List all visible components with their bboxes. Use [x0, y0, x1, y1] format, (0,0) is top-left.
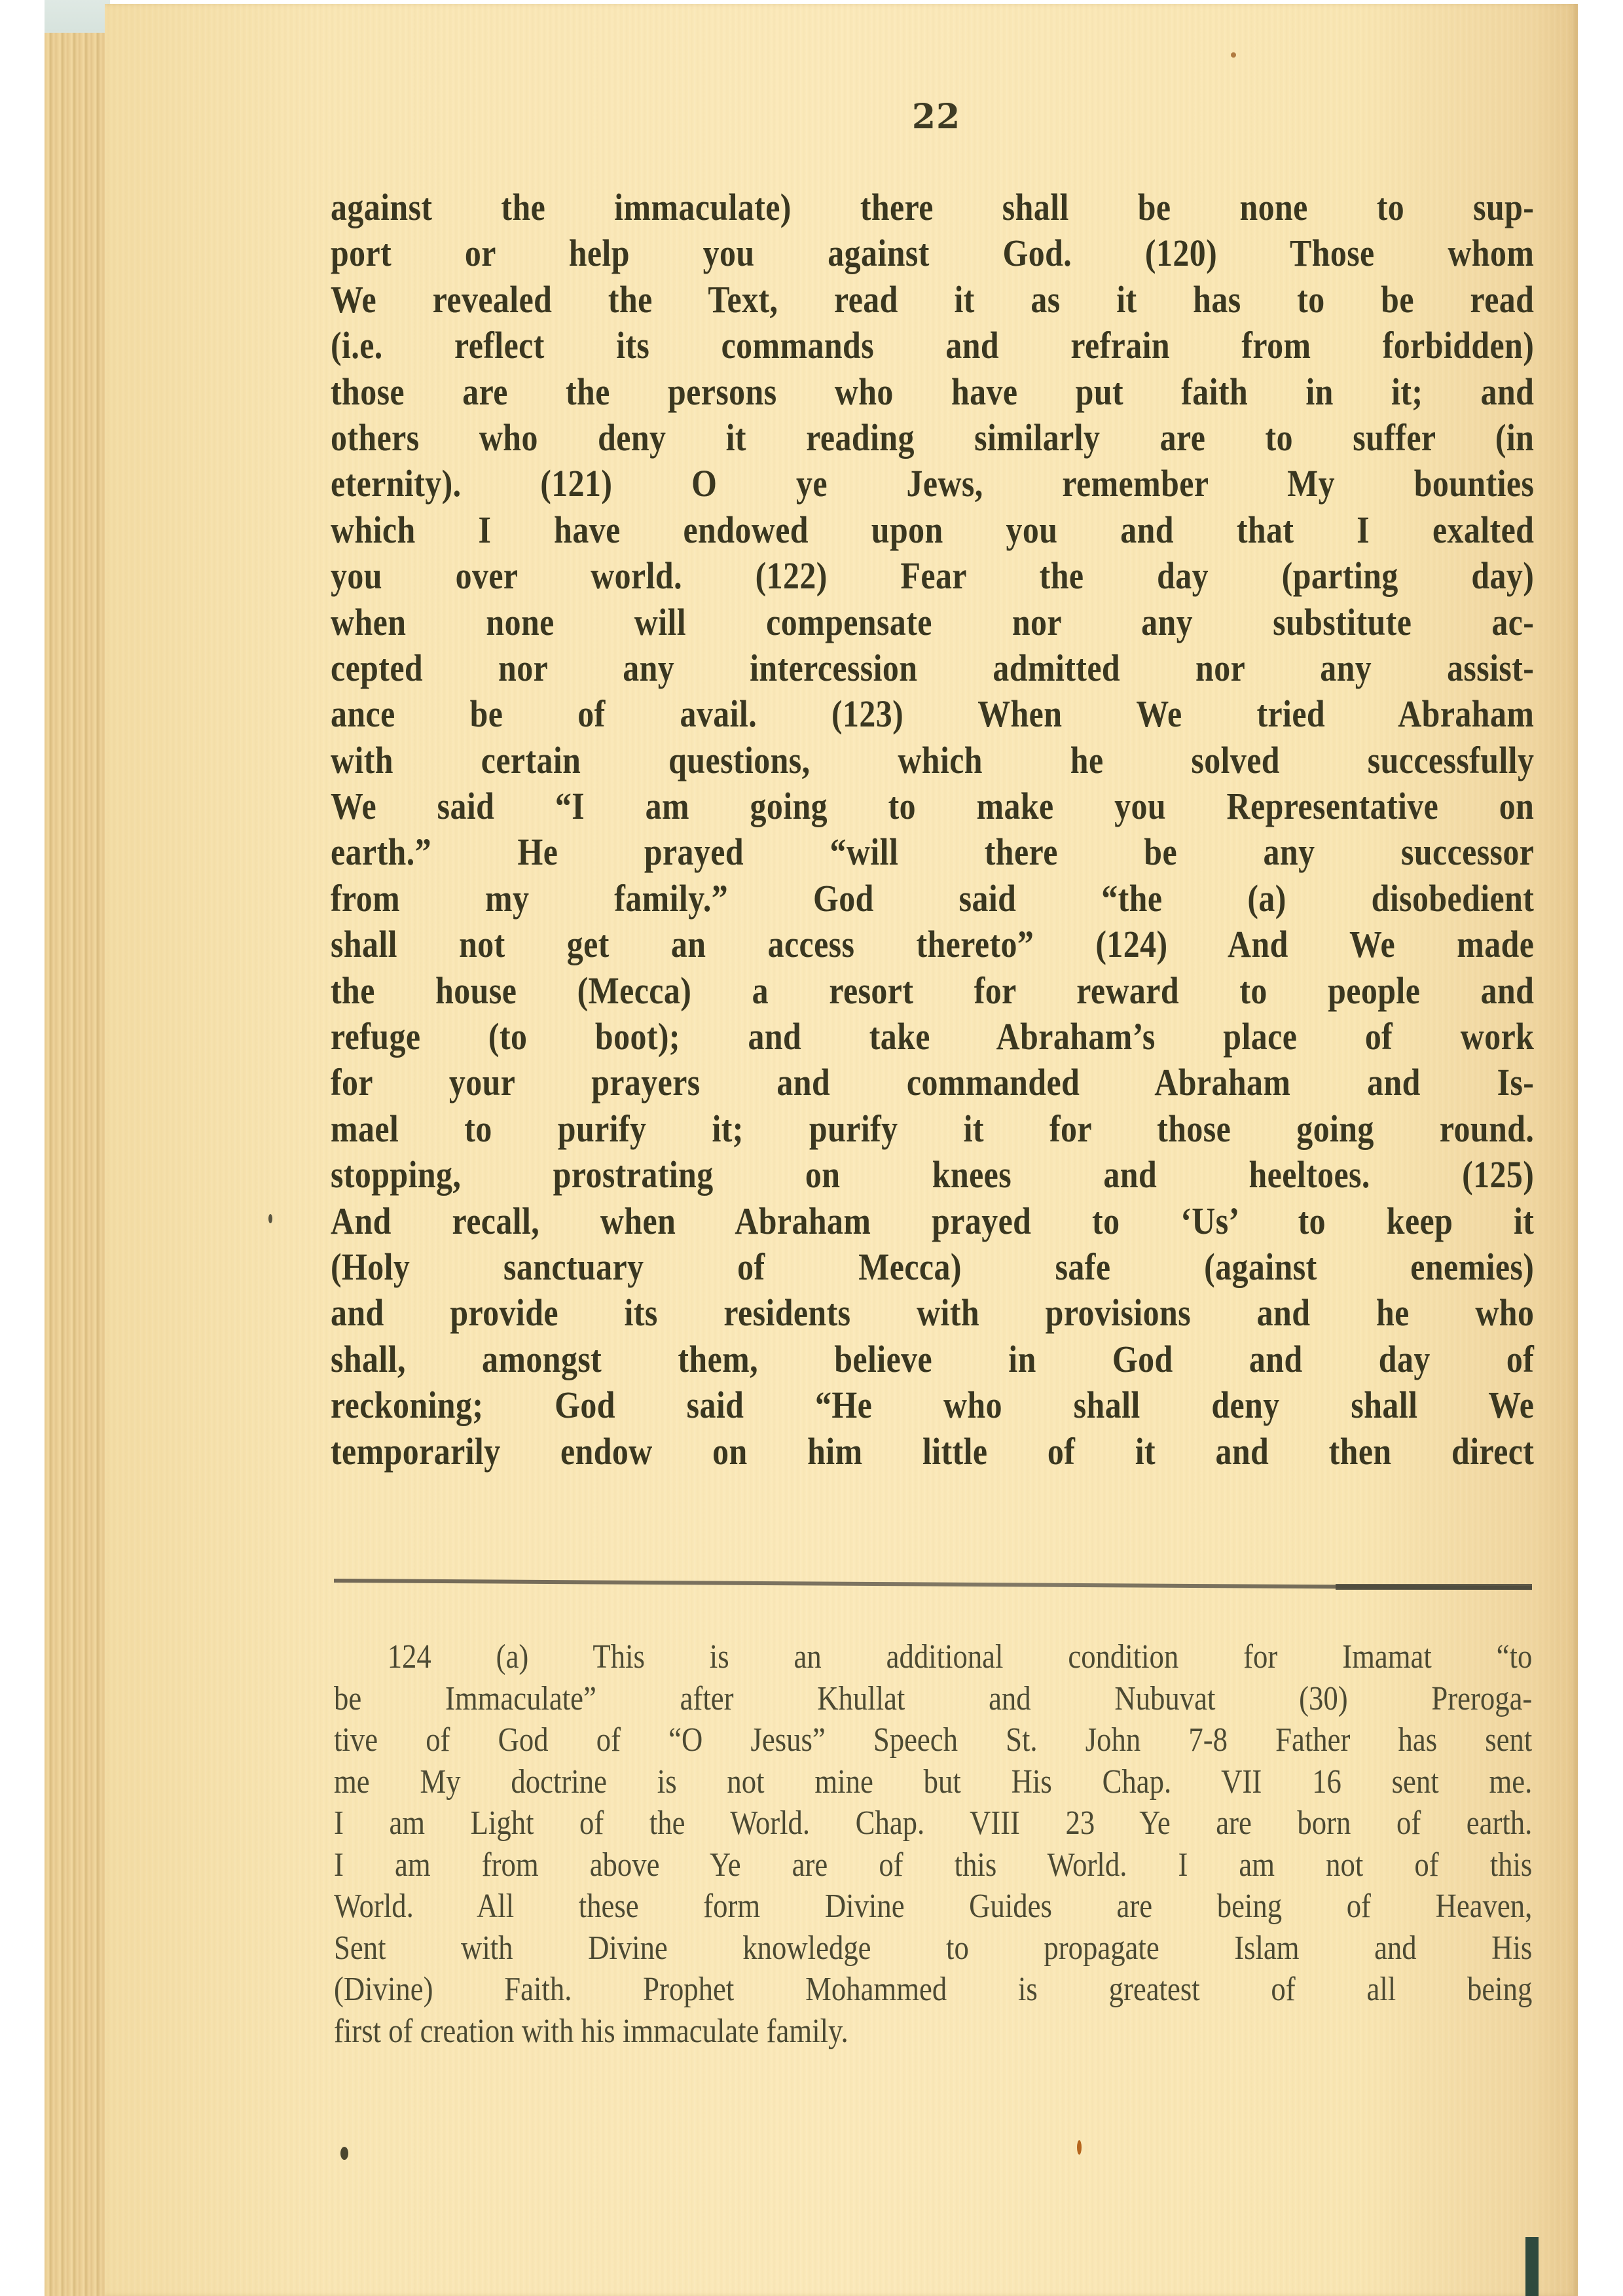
body-line: We revealed the Text, read it as it has …: [331, 277, 1534, 323]
body-line: from my family.” God said “the (a) disob…: [331, 876, 1534, 922]
body-line: port or help you against God. (120) Thos…: [331, 230, 1534, 276]
background-corner: [1525, 2237, 1539, 2296]
body-line: We said “I am going to make you Represen…: [331, 783, 1534, 829]
footnote-line: (Divine) Faith. Prophet Mohammed is grea…: [334, 1969, 1532, 2011]
body-line: which I have endowed upon you and that I…: [331, 507, 1534, 553]
ink-speck: [1231, 52, 1236, 58]
footnote-line: Sent with Divine knowledge to propagate …: [334, 1928, 1532, 1969]
body-line: and provide its residents with provision…: [331, 1290, 1534, 1336]
body-line: mael to purify it; purify it for those g…: [331, 1106, 1534, 1152]
body-line: stopping, prostrating on knees and heelt…: [331, 1152, 1534, 1198]
footnote-line: I am Light of the World. Chap. VIII 23 Y…: [334, 1803, 1532, 1844]
body-line: shall not get an access thereto” (124) A…: [331, 922, 1534, 967]
footnote-line: be Immaculate” after Khullat and Nubuvat…: [334, 1678, 1532, 1720]
body-line: you over world. (122) Fear the day (part…: [331, 553, 1534, 599]
body-line: ance be of avail. (123) When We tried Ab…: [331, 691, 1534, 737]
footnote-divider-end: [1336, 1584, 1532, 1590]
body-line: when none will compensate nor any substi…: [331, 600, 1534, 645]
body-line: And recall, when Abraham prayed to ‘Us’ …: [331, 1198, 1534, 1244]
body-line: with certain questions, which he solved …: [331, 738, 1534, 783]
ink-speck: [340, 2147, 348, 2160]
footnote-line: World. All these form Divine Guides are …: [334, 1886, 1532, 1928]
footnote-line: me My doctrine is not mine but His Chap.…: [334, 1761, 1532, 1803]
footnote-line: 124 (a) This is an additional condition …: [334, 1636, 1532, 1678]
body-line: those are the persons who have put faith…: [331, 369, 1534, 415]
ink-speck: [1077, 2140, 1082, 2155]
body-line: cepted nor any intercession admitted nor…: [331, 645, 1534, 691]
body-line: refuge (to boot); and take Abraham’s pla…: [331, 1014, 1534, 1060]
body-line: shall, amongst them, believe in God and …: [331, 1336, 1534, 1382]
footnote-line: first of creation with his immaculate fa…: [334, 2011, 1532, 2053]
page-number: 22: [907, 97, 966, 137]
body-line: earth.” He prayed “will there be any suc…: [331, 829, 1534, 875]
body-text: against the immaculate) there shall be n…: [331, 185, 1534, 1475]
ink-speck: [268, 1214, 272, 1223]
book-page-edges: [45, 33, 110, 2296]
footnote-line: I am from above Ye are of this World. I …: [334, 1844, 1532, 1886]
body-line: reckoning; God said “He who shall deny s…: [331, 1382, 1534, 1428]
body-line: against the immaculate) there shall be n…: [331, 185, 1534, 230]
body-line: eternity). (121) O ye Jews, remember My …: [331, 461, 1534, 507]
body-line: the house (Mecca) a resort for reward to…: [331, 968, 1534, 1014]
body-line: temporarily endow on him little of it an…: [331, 1429, 1534, 1475]
footnote: 124 (a) This is an additional condition …: [334, 1636, 1532, 2052]
body-line: for your prayers and commanded Abraham a…: [331, 1060, 1534, 1105]
body-line: (i.e. reflect its commands and refrain f…: [331, 323, 1534, 368]
body-line: others who deny it reading similarly are…: [331, 415, 1534, 461]
body-line: (Holy sanctuary of Mecca) safe (against …: [331, 1244, 1534, 1290]
footnote-line: tive of God of “O Jesus” Speech St. John…: [334, 1719, 1532, 1761]
